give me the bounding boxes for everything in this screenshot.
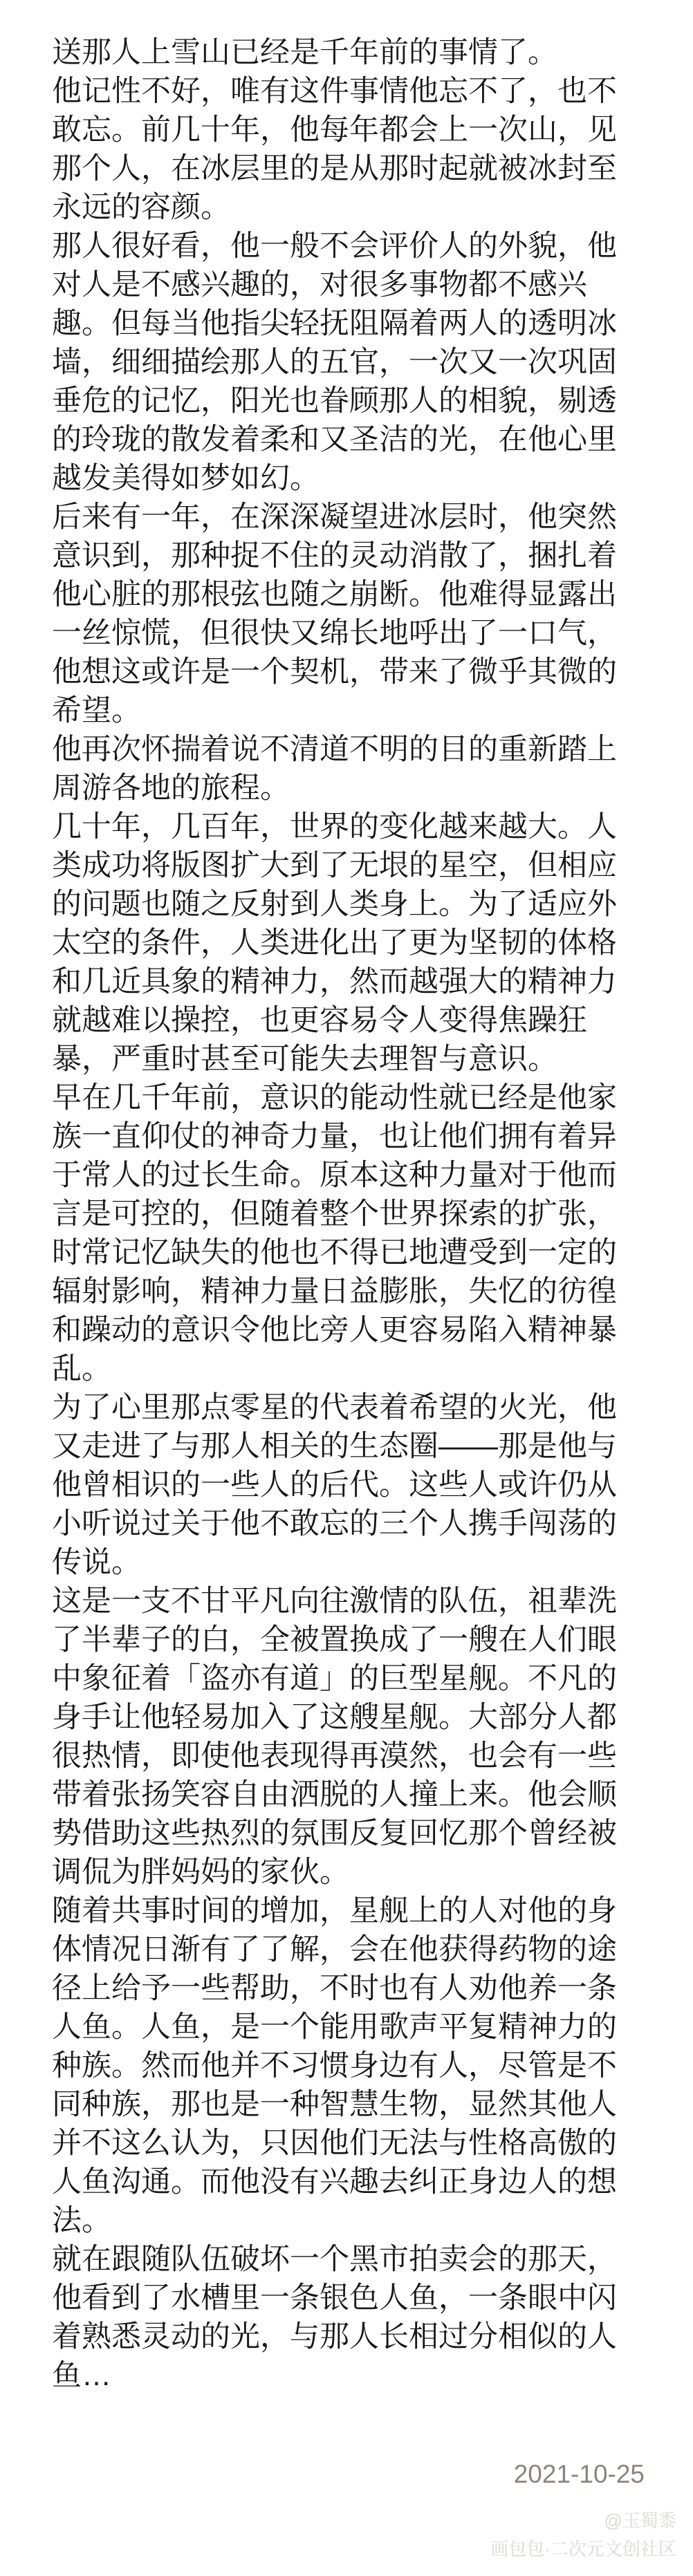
watermark: @玉蜀黍 画包包·二次元文创社区 — [490, 2507, 676, 2564]
story-paragraph: 他记性不好，唯有这件事情他忘不了，也不敢忘。前几十年，他每年都会上一次山，见那个… — [52, 72, 618, 227]
watermark-community: 画包包·二次元文创社区 — [490, 2535, 676, 2564]
story-paragraph: 早在几千年前，意识的能动性就已经是他家族一直仰仗的神奇力量，也让他们拥有着异于常… — [52, 1079, 618, 1388]
story-paragraph: 几十年，几百年，世界的变化越来越大。人类成功将版图扩大到了无垠的星空，但相应的问… — [52, 808, 618, 1079]
story-paragraph: 就在跟随队伍破坏一个黑市拍卖会的那天，他看到了水槽里一条银色人鱼，一条眼中闪着熟… — [52, 2240, 618, 2395]
story-paragraph: 为了心里那点零星的代表着希望的火光，他又走进了与那人相关的生态圈——那是他与他曾… — [52, 1388, 618, 1582]
story-paragraph: 那人很好看，他一般不会评价人的外貌，他对人是不感兴趣的，对很多事物都不感兴趣。但… — [52, 227, 618, 498]
watermark-author: @玉蜀黍 — [490, 2507, 676, 2535]
story-paragraph: 送那人上雪山已经是千年前的事情了。 — [52, 33, 618, 72]
story-paragraph: 他再次怀揣着说不清道不明的目的重新踏上周游各地的旅程。 — [52, 730, 618, 808]
post-date: 2021-10-25 — [514, 2458, 645, 2490]
story-paragraph: 随着共事时间的增加，星舰上的人对他的身体情况日渐有了了解，会在他获得药物的途径上… — [52, 1892, 618, 2240]
story-text: 送那人上雪山已经是千年前的事情了。他记性不好，唯有这件事情他忘不了，也不敢忘。前… — [52, 33, 618, 2395]
story-paragraph: 后来有一年，在深深凝望进冰层时，他突然意识到，那种捉不住的灵动消散了，捆扎着他心… — [52, 498, 618, 730]
story-paragraph: 这是一支不甘平凡向往激情的队伍，祖辈洗了半辈子的白，全被置换成了一艘在人们眼中象… — [52, 1582, 618, 1892]
story-page: 送那人上雪山已经是千年前的事情了。他记性不好，唯有这件事情他忘不了，也不敢忘。前… — [0, 0, 693, 2576]
